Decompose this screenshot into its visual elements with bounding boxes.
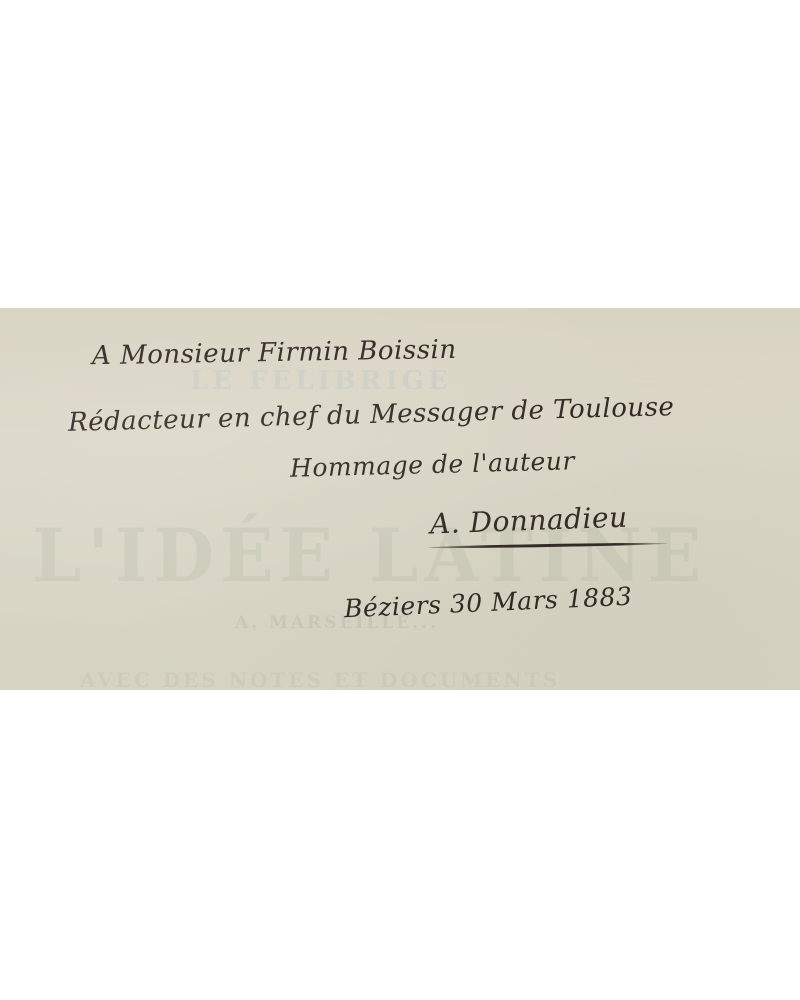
inscription-recipient: A Monsieur Firmin Boissin — [92, 335, 457, 371]
title-page-paper: LE FÉLIBRIGE L'IDÉE LATINE A. MARSEILLE.… — [0, 308, 800, 690]
inscription-recipient-title: Rédacteur en chef du Messager de Toulous… — [68, 392, 675, 438]
printed-bottom-line: AVEC DES NOTES ET DOCUMENTS — [80, 668, 560, 690]
printed-series-heading: LE FÉLIBRIGE — [190, 366, 452, 396]
inscription-homage: Hommage de l'auteur — [290, 446, 576, 482]
author-signature: A. Donnadieu — [429, 501, 628, 541]
